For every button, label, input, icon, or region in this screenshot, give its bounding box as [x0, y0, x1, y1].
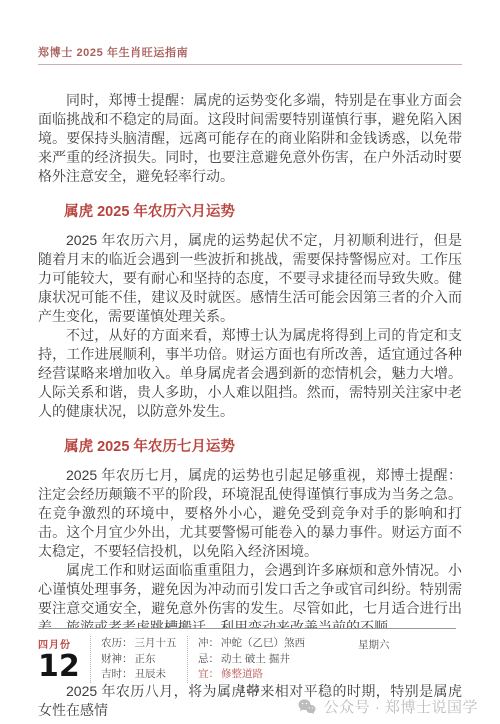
section-paragraph: 不过，从好的方面来看，郑博士认为属虎将得到上司的肯定和支持，工作进展顺利，事半功… — [38, 326, 462, 421]
almanac-row-auspicious: 宜：修整道路 — [198, 667, 348, 683]
watermark-text: 公众号 · 郑博士说国学 — [324, 696, 478, 717]
almanac-advice-column: 冲：冲蛇（乙巳）煞西 忌：动土 破土 掘井 宜：修整道路 — [187, 636, 348, 683]
document-body: 同时，郑博士提醒：属虎的运势变化多端，特别是在事业方面会面临挑战和不稳定的局面。… — [38, 63, 462, 720]
wechat-icon — [297, 697, 317, 717]
row-label: 吉时： — [101, 668, 133, 680]
row-value: 冲蛇（乙巳）煞西 — [221, 637, 305, 649]
page-title: 郑博士 2025 年生肖旺运指南 — [38, 44, 462, 60]
row-label: 忌： — [198, 653, 219, 665]
section-heading-july: 属虎 2025 年农历七月运势 — [38, 437, 462, 457]
intro-paragraph: 同时，郑博士提醒：属虎的运势变化多端，特别是在事业方面会面临挑战和不稳定的局面。… — [38, 91, 462, 186]
section-paragraph: 2025 年农历六月，属虎的运势起伏不定，月初顺利进行，但是随着月末的临近会遇到… — [38, 231, 462, 326]
section-heading-june: 属虎 2025 年农历六月运势 — [38, 202, 462, 222]
almanac-lunar-column: 农历：三月十五 财神：正东 吉时：丑辰未 — [90, 636, 187, 683]
row-value: 修整道路 — [221, 668, 263, 680]
almanac-date-block: 四月份 12 — [38, 636, 90, 682]
row-value: 正东 — [135, 653, 156, 665]
almanac-row-wealth-god: 财神：正东 — [101, 652, 187, 668]
row-label: 农历： — [101, 637, 133, 649]
almanac-weekday: 星期六 — [358, 636, 390, 652]
section-paragraph: 2025 年农历七月，属虎的运势也引起足够重视，郑博士提醒：注定会经历颠簸不平的… — [38, 466, 462, 561]
watermark: 公众号 · 郑博士说国学 — [297, 696, 478, 717]
almanac-day-number: 12 — [38, 652, 90, 682]
almanac-row-lucky-hours: 吉时：丑辰未 — [101, 667, 187, 683]
section-paragraph: 属虎工作和财运面临重重阻力，会遇到许多麻烦和意外情况。小心谨慎处理事务，避免因为… — [38, 561, 462, 637]
almanac-footer: 四月份 12 农历：三月十五 财神：正东 吉时：丑辰未 冲：冲蛇（乙巳）煞西 忌… — [38, 628, 456, 683]
row-label: 冲： — [198, 637, 219, 649]
row-value: 三月十五 — [135, 637, 177, 649]
almanac-row-avoid: 忌：动土 破土 掘井 — [198, 652, 348, 668]
almanac-row-lunar-date: 农历：三月十五 — [101, 636, 187, 652]
page-number: 124 — [0, 684, 500, 696]
row-value: 动土 破土 掘井 — [221, 653, 290, 665]
page-header: 郑博士 2025 年生肖旺运指南 — [38, 44, 462, 65]
row-label: 宜： — [198, 668, 219, 680]
row-value: 丑辰未 — [135, 668, 167, 680]
almanac-row-clash: 冲：冲蛇（乙巳）煞西 — [198, 636, 348, 652]
row-label: 财神： — [101, 653, 133, 665]
book-page: 郑博士 2025 年生肖旺运指南 同时，郑博士提醒：属虎的运势变化多端，特别是在… — [0, 0, 500, 724]
